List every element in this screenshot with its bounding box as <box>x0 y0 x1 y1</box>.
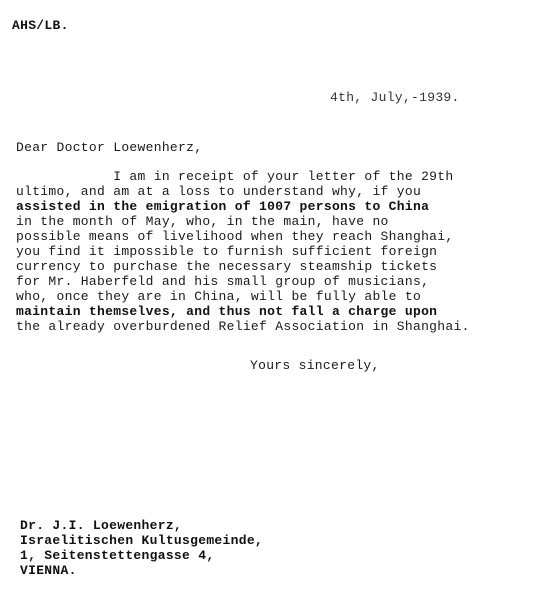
address-line: 1, Seitenstettengasse 4, <box>20 548 214 563</box>
address-line: Israelitischen Kultusgemeinde, <box>20 533 263 548</box>
body-line: the already overburdened Relief Associat… <box>16 319 470 334</box>
body-line: ultimo, and am at a loss to understand w… <box>16 184 421 199</box>
body-line: I am in receipt of your letter of the 29… <box>16 169 453 184</box>
body-line: currency to purchase the necessary steam… <box>16 259 437 274</box>
closing: Yours sincerely, <box>250 358 380 373</box>
body-line: for Mr. Haberfeld and his small group of… <box>16 274 429 289</box>
address-line: Dr. J.I. Loewenherz, <box>20 518 182 533</box>
salutation: Dear Doctor Loewenherz, <box>16 140 202 155</box>
address-line: VIENNA. <box>20 563 77 578</box>
body-line: in the month of May, who, in the main, h… <box>16 214 389 229</box>
body-line: you find it impossible to furnish suffic… <box>16 244 437 259</box>
body-line: maintain themselves, and thus not fall a… <box>16 304 437 319</box>
letter-date: 4th, July,-1939. <box>330 90 460 105</box>
body-line: assisted in the emigration of 1007 perso… <box>16 199 429 214</box>
body-line: who, once they are in China, will be ful… <box>16 289 421 304</box>
body-line: possible means of livelihood when they r… <box>16 229 453 244</box>
reference-code: AHS/LB. <box>12 18 69 33</box>
